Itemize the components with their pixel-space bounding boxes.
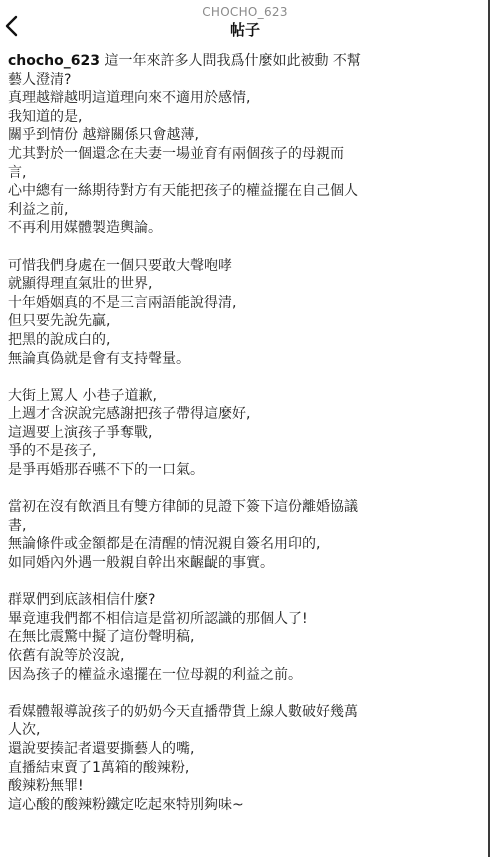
header-titles: CHOCHO_623 帖子: [0, 4, 490, 40]
caption-line: 關乎到情份 越辯關係只會越薄,: [8, 126, 408, 145]
top-nav-bar: CHOCHO_623 帖子: [0, 0, 490, 48]
caption-line: 可惜我們身處在一個只要敢大聲咆哮: [8, 257, 408, 276]
caption-line: 群眾們到底該相信什麼?: [8, 591, 408, 610]
caption-line: 直播結束賣了1萬箱的酸辣粉,: [8, 759, 408, 778]
caption-line: 爭的不是孩子,: [8, 442, 408, 461]
caption-line: 言,: [8, 164, 408, 183]
caption-line: 尤其對於一個還念在夫妻一場並育有兩個孩子的母親而: [8, 145, 408, 164]
caption-line: 就顯得理直氣壯的世界,: [8, 275, 408, 294]
caption-line: chocho_623 這一年來許多人問我爲什麼如此被動 不幫: [8, 52, 408, 71]
author-username[interactable]: chocho_623: [8, 53, 100, 69]
caption-line: 把黑的說成白的,: [8, 331, 408, 350]
caption-line: 還說要揍記者還要撕藝人的嘴,: [8, 740, 408, 759]
caption-line: 是爭再婚那吞嚥不下的一口氣。: [8, 461, 408, 480]
caption-line: 看媒體報導說孩子的奶奶今天直播帶貨上線人數破好幾萬: [8, 703, 408, 722]
caption-line: 書,: [8, 517, 408, 536]
caption-line: 我知道的是,: [8, 108, 408, 127]
caption-line: 上週才含淚說完感謝把孩子帶得這麼好,: [8, 405, 408, 424]
post-caption: chocho_623 這一年來許多人問我爲什麼如此被動 不幫 藝人澄清? 真理越…: [8, 52, 408, 833]
caption-line: 無論真偽就是會有支持聲量。: [8, 350, 408, 369]
caption-line: 畢竟連我們都不相信這是當初所認識的那個人了!: [8, 610, 408, 629]
caption-line: 利益之前,: [8, 201, 408, 220]
header-username: CHOCHO_623: [0, 4, 490, 20]
caption-line: 這心酸的酸辣粉鐵定吃起來特別夠味~: [8, 796, 408, 815]
caption-line: 如同婚內外遇一般親自幹出來齷齪的事實。: [8, 554, 408, 573]
caption-line: 但只要先說先贏,: [8, 312, 408, 331]
caption-paragraph: 看媒體報導說孩子的奶奶今天直播帶貨上線人數破好幾萬 人次, 還說要揍記者還要撕藝…: [8, 703, 408, 815]
caption-line: 當初在沒有飲酒且有雙方律師的見證下簽下這份離婚協議: [8, 498, 408, 517]
caption-line: 藝人澄清?: [8, 71, 408, 90]
caption-line: 不再利用媒體製造輿論。: [8, 219, 408, 238]
caption-line: 人次,: [8, 721, 408, 740]
caption-line: 十年婚姻真的不是三言兩語能說得清,: [8, 294, 408, 313]
page-title: 帖子: [0, 20, 490, 40]
caption-paragraph: 群眾們到底該相信什麼? 畢竟連我們都不相信這是當初所認識的那個人了! 在無比震驚…: [8, 591, 408, 684]
caption-text: 這一年來許多人問我爲什麼如此被動 不幫: [104, 53, 360, 69]
caption-paragraph: chocho_623 這一年來許多人問我爲什麼如此被動 不幫 藝人澄清? 真理越…: [8, 52, 408, 238]
caption-line: 大街上罵人 小巷子道歉,: [8, 387, 408, 406]
caption-line: 在無比震驚中擬了這份聲明稿,: [8, 628, 408, 647]
caption-line: 酸辣粉無罪!: [8, 777, 408, 796]
caption-line: 無論條件或金額都是在清醒的情況親自簽名用印的,: [8, 535, 408, 554]
caption-paragraph: 可惜我們身處在一個只要敢大聲咆哮 就顯得理直氣壯的世界, 十年婚姻真的不是三言兩…: [8, 257, 408, 369]
caption-paragraph: 當初在沒有飲酒且有雙方律師的見證下簽下這份離婚協議 書, 無論條件或金額都是在清…: [8, 498, 408, 572]
caption-line: 依舊有說等於沒說,: [8, 647, 408, 666]
caption-line: 真理越辯越明這道理向來不適用於感情,: [8, 89, 408, 108]
caption-line: 這週要上演孩子爭奪戰,: [8, 424, 408, 443]
caption-line: 心中總有一絲期待對方有天能把孩子的權益擺在自己個人: [8, 182, 408, 201]
caption-line: 因為孩子的權益永遠擺在一位母親的利益之前。: [8, 666, 408, 685]
caption-paragraph: 大街上罵人 小巷子道歉, 上週才含淚說完感謝把孩子帶得這麼好, 這週要上演孩子爭…: [8, 387, 408, 480]
